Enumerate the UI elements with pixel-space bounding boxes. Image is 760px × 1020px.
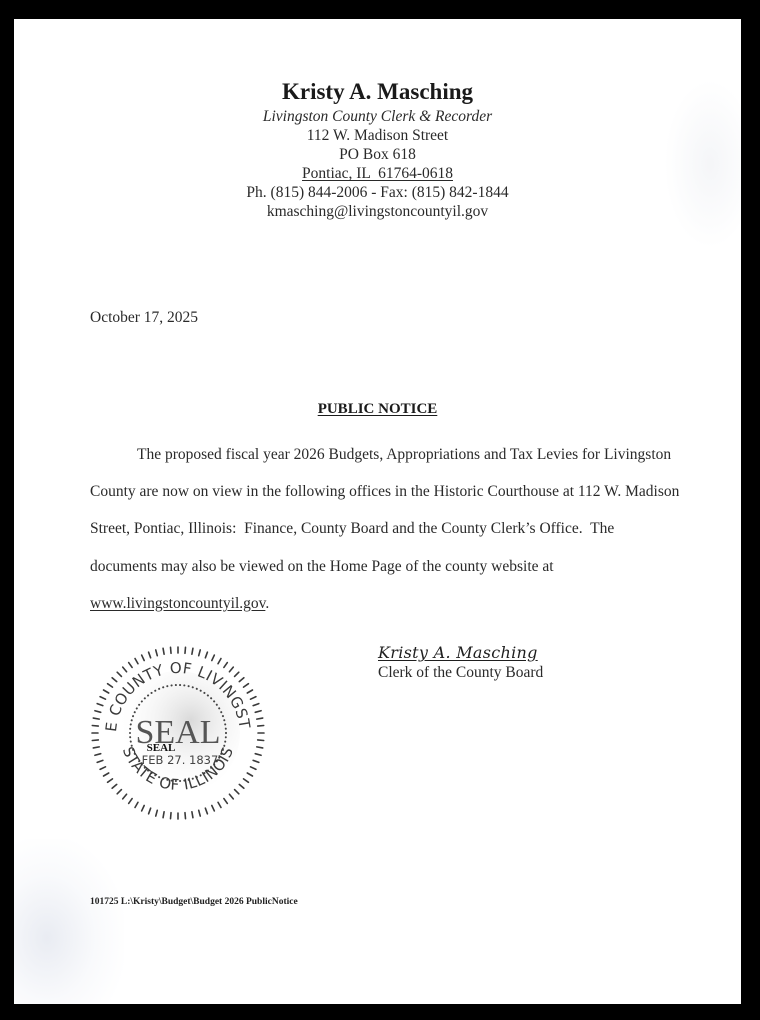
notice-heading: PUBLIC NOTICE (14, 401, 741, 418)
letterhead: Kristy A. Masching Livingston County Cle… (14, 77, 741, 221)
letterhead-street: 112 W. Madison Street (14, 126, 741, 145)
footer-file-path: 101725 L:\Kristy\Budget\Budget 2026 Publ… (90, 897, 298, 907)
letterhead-phone-fax: Ph. (815) 844-2006 - Fax: (815) 842-1844 (14, 183, 741, 202)
letter-date: October 17, 2025 (90, 309, 198, 327)
scan-artifact (14, 839, 124, 1004)
signer-title: Clerk of the County Board (378, 663, 543, 683)
letterhead-title: Livingston County Clerk & Recorder (14, 107, 741, 126)
notice-body: The proposed fiscal year 2026 Budgets, A… (90, 436, 680, 622)
county-seal-stamp: THE COUNTY OF LIVINGSTON STATE OF ILLINO… (88, 643, 268, 823)
letterhead-name: Kristy A. Masching (14, 77, 741, 107)
letterhead-po-box: PO Box 618 (14, 145, 741, 164)
letterhead-city-state-zip: Pontiac, IL 61764-0618 (302, 165, 453, 182)
signature-block: Kristy A. Masching Clerk of the County B… (378, 643, 543, 683)
website-link[interactable]: www.livingstoncountyil.gov (90, 595, 265, 612)
letterhead-email: kmasching@livingstoncountyil.gov (14, 202, 741, 221)
signature: Kristy A. Masching (378, 643, 543, 663)
notice-body-text: The proposed fiscal year 2026 Budgets, A… (90, 446, 683, 575)
seal-date-text: FEB 27. 1837 (142, 753, 219, 767)
document-page: Kristy A. Masching Livingston County Cle… (14, 19, 741, 1004)
trailing-punctuation: . (265, 595, 269, 612)
